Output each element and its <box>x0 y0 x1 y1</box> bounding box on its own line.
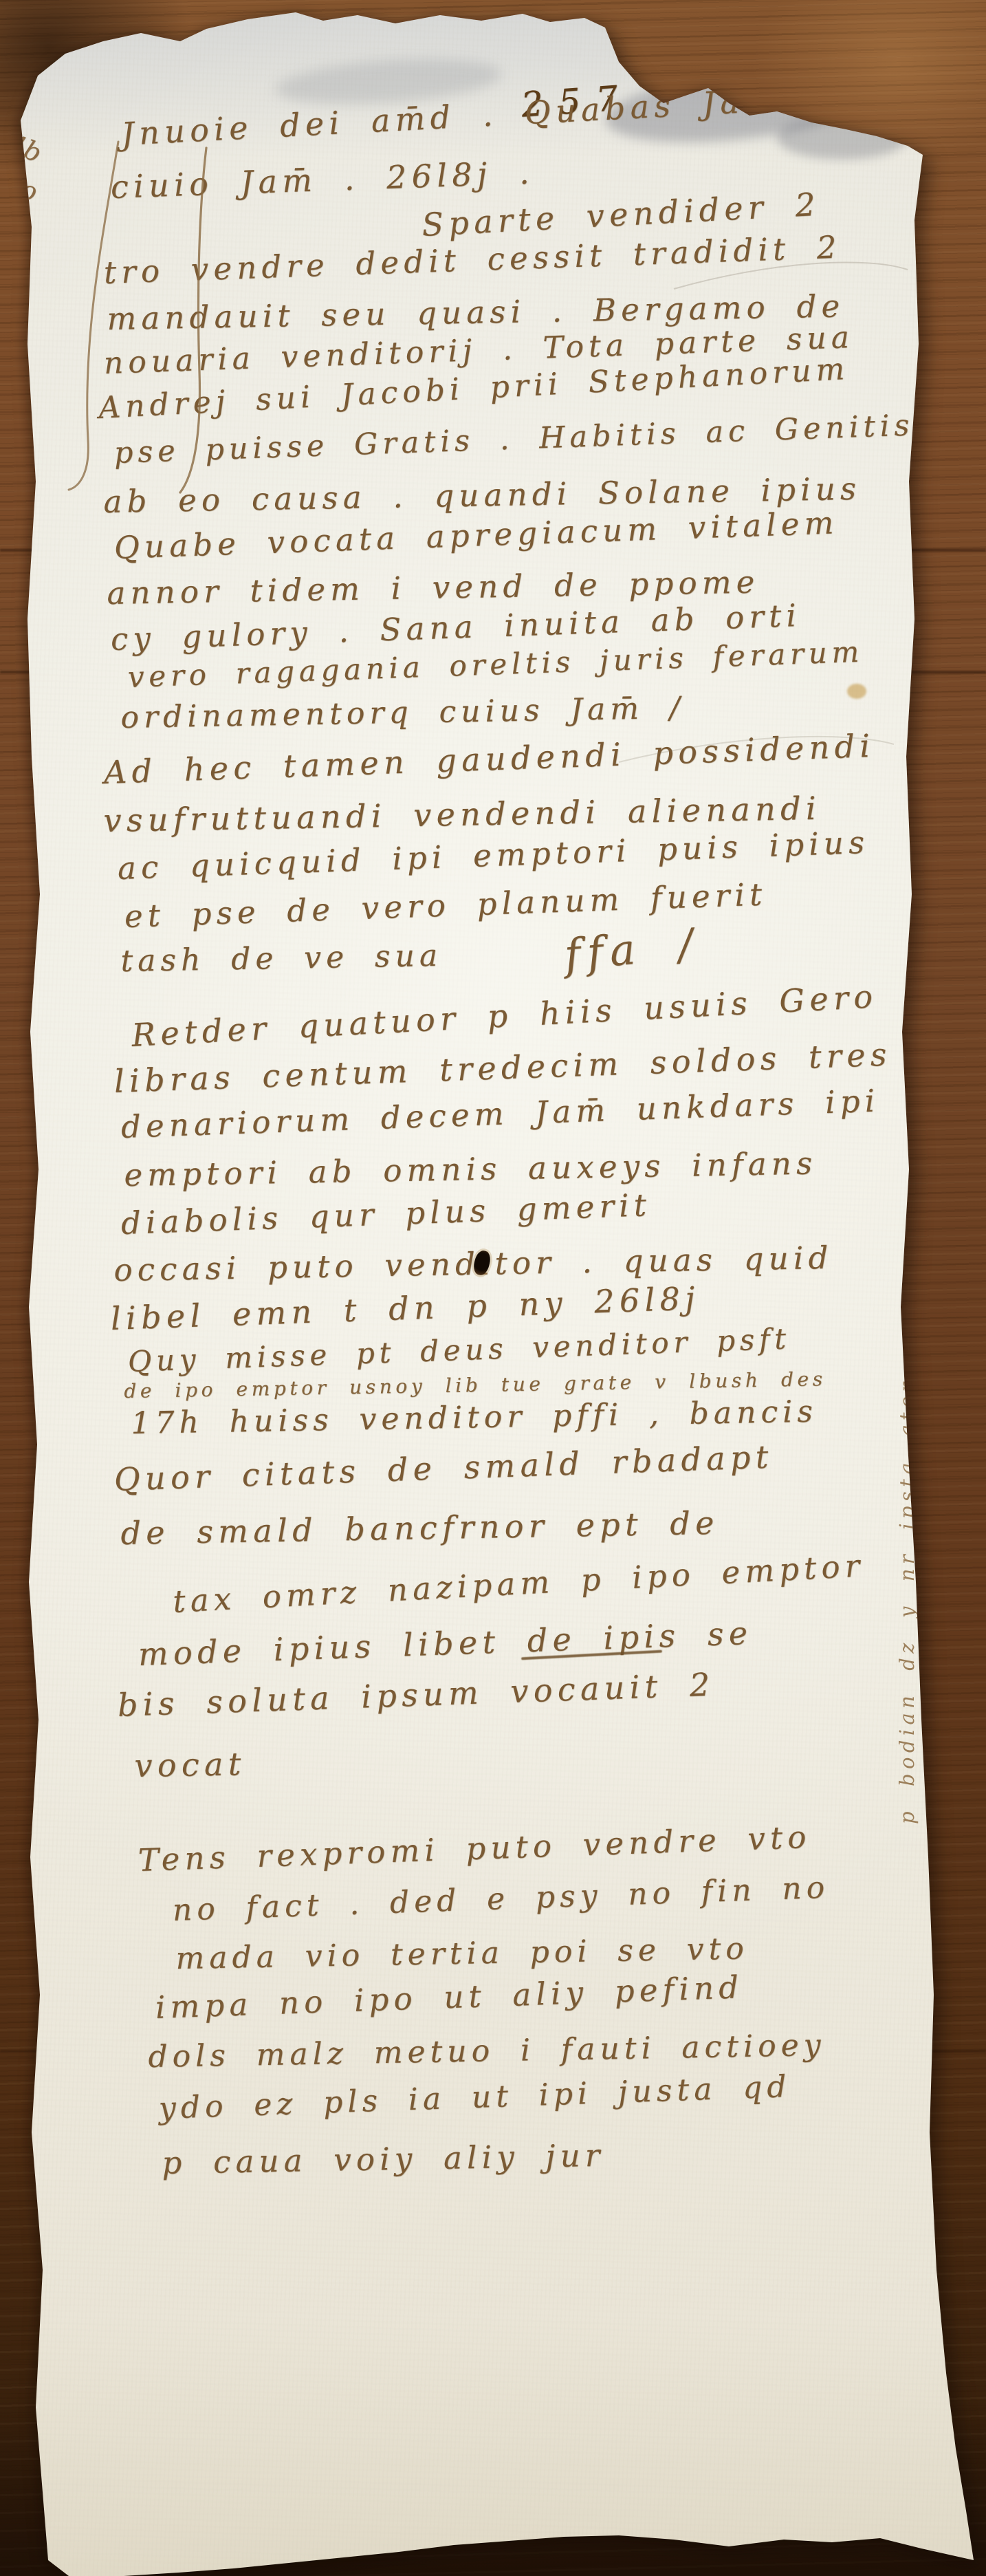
manuscript-line: ciuio Jam̄ . 26l8j . <box>110 153 535 205</box>
vertical-marginal-note: p bodian dz y nr ipsta qter <box>895 1336 919 1824</box>
manuscript-line: no fact . ded e psy no fin no <box>172 1870 830 1928</box>
manuscript-line: p caua voiy aliy jur <box>162 2137 605 2181</box>
manuscript-photo: 257 4b4o Jnuoie dei am̄d . Quabas Jambon… <box>0 0 986 2576</box>
manuscript-line: de smald bancfrnor ept de <box>120 1504 719 1552</box>
manuscript-line: emptori ab omnis auxeys infans <box>124 1145 818 1193</box>
paper-sheet: 257 4b4o Jnuoie dei am̄d . Quabas Jambon… <box>0 0 986 2576</box>
manuscript-line: ydo ez pls ia ut ipi justa qd <box>158 2069 791 2126</box>
manuscript-line: ordinamentorq cuius Jam̄ / <box>120 691 685 735</box>
manuscript-line: vocat <box>134 1745 246 1784</box>
manuscript-line: dols malz metuo i fauti actioey <box>148 2028 826 2075</box>
manuscript-line: Jnuoie dei am̄d . Quabas Jambonus <box>120 75 901 153</box>
manuscript-line: diabolis qur plus gmerit <box>120 1187 652 1242</box>
margin-mark: 4o <box>1 169 41 207</box>
manuscript-line: ffa / <box>562 918 701 980</box>
manuscript-line: Ad hec tamen gaudendi possidendi <box>103 727 875 791</box>
manuscript-line: bis soluta ipsum vocauit 2 <box>117 1666 715 1724</box>
manuscript-line: mada vio tertia poi se vto <box>175 1931 749 1976</box>
margin-mark: 4b <box>4 128 46 169</box>
manuscript-line: tash de ve sua <box>120 938 443 979</box>
handwriting-layer: 257 4b4o Jnuoie dei am̄d . Quabas Jambon… <box>0 0 986 2576</box>
manuscript-line: tax omrz nazipam p ipo emptor <box>172 1547 866 1620</box>
manuscript-line: 17h huiss venditor pffi , bancis <box>131 1394 818 1441</box>
manuscript-line: mode ipius libet de ipis se <box>138 1614 753 1673</box>
paper-shadow: 257 4b4o Jnuoie dei am̄d . Quabas Jambon… <box>0 0 986 2576</box>
manuscript-line: Quor citats de smald rbadapt <box>113 1438 774 1498</box>
manuscript-line: Tens rexpromi puto vendre vto <box>138 1819 811 1879</box>
manuscript-line: impa no ipo ut aliy pefind <box>155 1969 744 2026</box>
